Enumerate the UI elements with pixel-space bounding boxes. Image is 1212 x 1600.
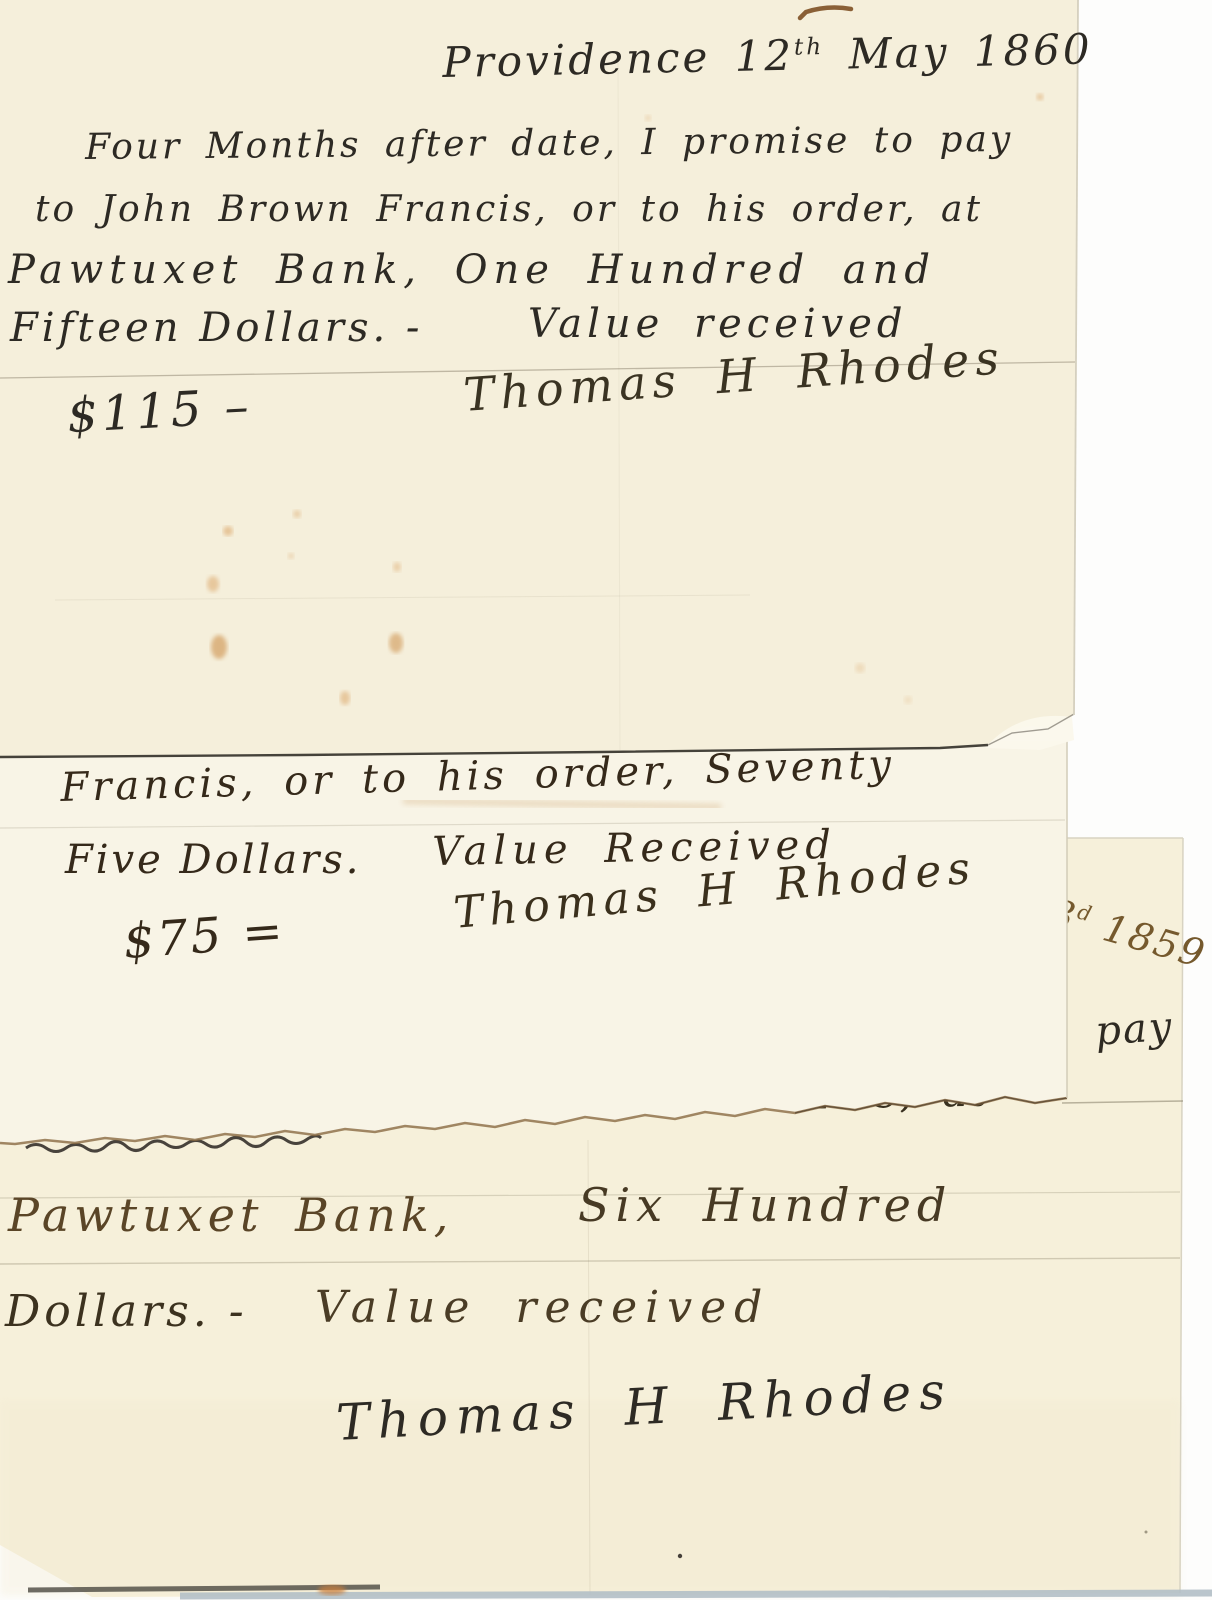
note-1859-pay-fragment: pay [1094,1007,1175,1052]
note-1859-line1a: Pawtuxet Bank, [8,1192,453,1238]
note-1860-line4b: Value received [528,304,908,344]
note-1859-signature: Thomas H Rhodes [335,1366,954,1448]
scanned-document: 3d 1859 pay of John Brown Francis, at Pa… [0,0,1212,1600]
note-1860-amount: $115 – [66,382,254,440]
note-1859-line2b: Value received [315,1286,770,1330]
note-1860-line2: to John Brown Francis, or to his order, … [35,192,983,228]
note-1860-line1: Four Months after date, I promise to pay [85,122,1013,166]
note-1860-dateline: Providence 12th May 1860 [442,28,1093,84]
note-1859-partial-line: of John Brown Francis, at [330,1070,990,1124]
note-75-line1: Francis, or to his order, Seventy [60,745,895,808]
note-1859-date-fragment: 3d 1859 [1046,893,1211,974]
note-75-amount: $75 = [122,907,287,966]
note-1860-line3: Pawtuxet Bank, One Hundred and [8,250,936,290]
note-1859-line1b: Six Hundred [578,1182,952,1228]
note-1860-line4a: Fifteen Dollars. - [10,308,423,348]
note-75-line2a: Five Dollars. [65,840,361,880]
note-1859-line2a: Dollars. - [5,1290,248,1334]
